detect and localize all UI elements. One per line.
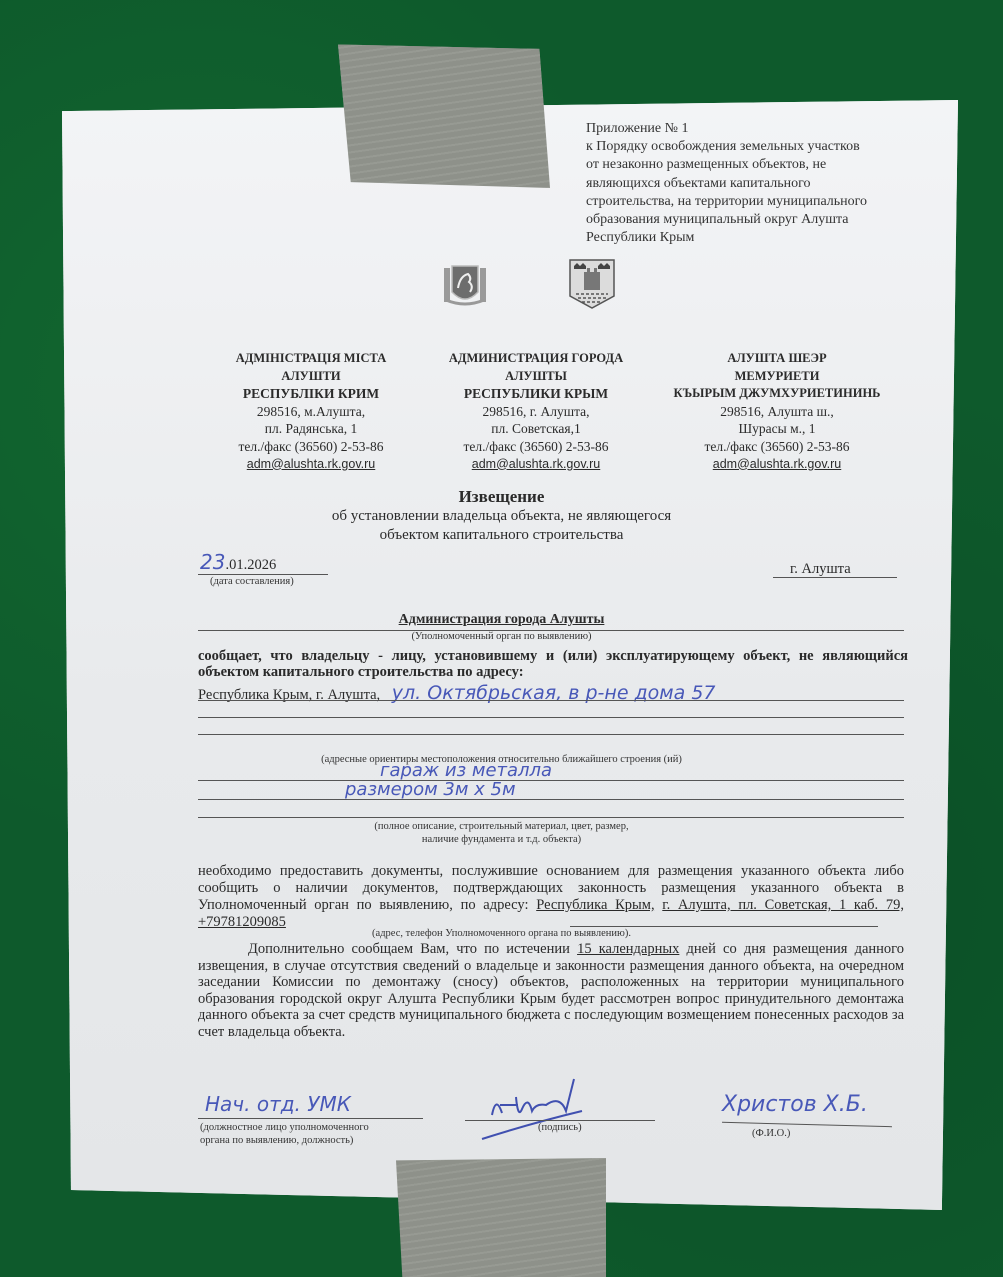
org-name: МЕМУРИЕТИ [662,368,892,386]
duct-tape-bottom [396,1158,606,1277]
address-line: Шурасы м., 1 [662,420,892,438]
notice-subtitle: об установлении владельца объекта, не яв… [0,507,1003,544]
full-name-caption: (Ф.И.О.) [752,1128,790,1139]
date-month-year: .01.2026 [225,557,276,573]
appendix-reference: Приложение № 1 к Порядку освобождения зе… [586,120,926,247]
city-label: г. Алушта [790,561,851,578]
description-handwritten-line: гараж из металла [380,760,552,781]
caption-line: органа по выявлению, должность) [200,1134,369,1147]
alushta-coat-of-arms-icon [568,258,616,310]
requirement-address: Республика Крым, [536,897,654,913]
phone-line: тел./факс (36560) 2-53-86 [662,438,892,456]
org-name: РЕСПУБЛИКИ КРЫМ [421,385,651,403]
caption-line: наличие фундамента и т.д. объекта) [0,833,1003,846]
subtitle-line: об установлении владельца объекта, не яв… [0,507,1003,526]
appendix-line: образования муниципальный округ Алушта [586,211,926,229]
requirement-text: необходимо предоставить документы, послу… [198,863,904,931]
signature-caption: (подпись) [538,1122,582,1133]
date-caption: (дата составления) [210,576,294,587]
address-line: 298516, г. Алушта, [421,403,651,421]
signature-mark [462,1075,612,1145]
org-name: АЛУШТА ШЕЭР [662,350,892,368]
requirement-caption: (адрес, телефон Уполномоченного органа п… [0,928,1003,939]
email-link[interactable]: adm@alushta.rk.gov.ru [662,456,892,474]
full-name-handwritten: Христов Х.Б. [722,1092,868,1117]
deadline-period: 15 календарных [577,941,679,957]
description-caption: (полное описание, строительный материал,… [0,820,1003,846]
additional-text: Дополнительно сообщаем Вам, что по истеч… [248,941,570,957]
org-name: АДМІНІСТРАЦІЯ МІСТА [196,350,426,368]
header-column-ukrainian: АДМІНІСТРАЦІЯ МІСТА АЛУШТИ РЕСПУБЛІКИ КР… [196,350,426,473]
authority-name: Администрация города Алушты [0,612,1003,628]
address-line: пл. Советская,1 [421,420,651,438]
org-name: АЛУШТЫ [421,368,651,386]
position-caption: (должностное лицо уполномоченного органа… [200,1121,369,1147]
org-name: КЪЫРЫМ ДЖУМХУРИЕТИНИНЬ [662,385,892,403]
duct-tape-top-overlay [338,40,550,188]
org-name: АДМИНИСТРАЦИЯ ГОРОДА [421,350,651,368]
appendix-line: от незаконно размещенных объектов, не [586,156,926,174]
caption-line: (должностное лицо уполномоченного [200,1121,369,1134]
description-handwritten-line: размером 3м х 5м [345,779,516,800]
appendix-line: к Порядку освобождения земельных участко… [586,138,926,156]
authority-caption: (Уполномоченный орган по выявлению) [0,631,1003,642]
phone-line: тел./факс (36560) 2-53-86 [421,438,651,456]
header-column-russian: АДМИНИСТРАЦИЯ ГОРОДА АЛУШТЫ РЕСПУБЛИКИ К… [421,350,651,473]
date-field: 23.01.2026 [200,550,276,574]
crimea-coat-of-arms-icon [442,262,488,310]
appendix-line: Приложение № 1 [586,120,926,138]
message-statement: сообщает, что владельцу - лицу, установи… [198,648,908,680]
address-line: пл. Радянська, 1 [196,420,426,438]
email-link[interactable]: adm@alushta.rk.gov.ru [421,456,651,474]
position-handwritten: Нач. отд. УМК [205,1092,351,1116]
appendix-line: являющихся объектами капитального [586,175,926,193]
org-name: РЕСПУБЛІКИ КРИМ [196,385,426,403]
phone-line: тел./факс (36560) 2-53-86 [196,438,426,456]
caption-line: (полное описание, строительный материал,… [0,820,1003,833]
additional-notice: Дополнительно сообщаем Вам, что по истеч… [198,941,904,1040]
appendix-line: Республики Крым [586,229,926,247]
address-line: 298516, Алушта ш., [662,403,892,421]
org-name: АЛУШТИ [196,368,426,386]
header-column-crimean-tatar: АЛУШТА ШЕЭР МЕМУРИЕТИ КЪЫРЫМ ДЖУМХУРИЕТИ… [662,350,892,473]
email-link[interactable]: adm@alushta.rk.gov.ru [196,456,426,474]
subtitle-line: объектом капитального строительства [0,526,1003,545]
appendix-line: строительства, на территории муниципальн… [586,193,926,211]
address-line: 298516, м.Алушта, [196,403,426,421]
date-day-handwritten: 23 [200,550,225,574]
notice-title: Извещение [0,487,1003,507]
